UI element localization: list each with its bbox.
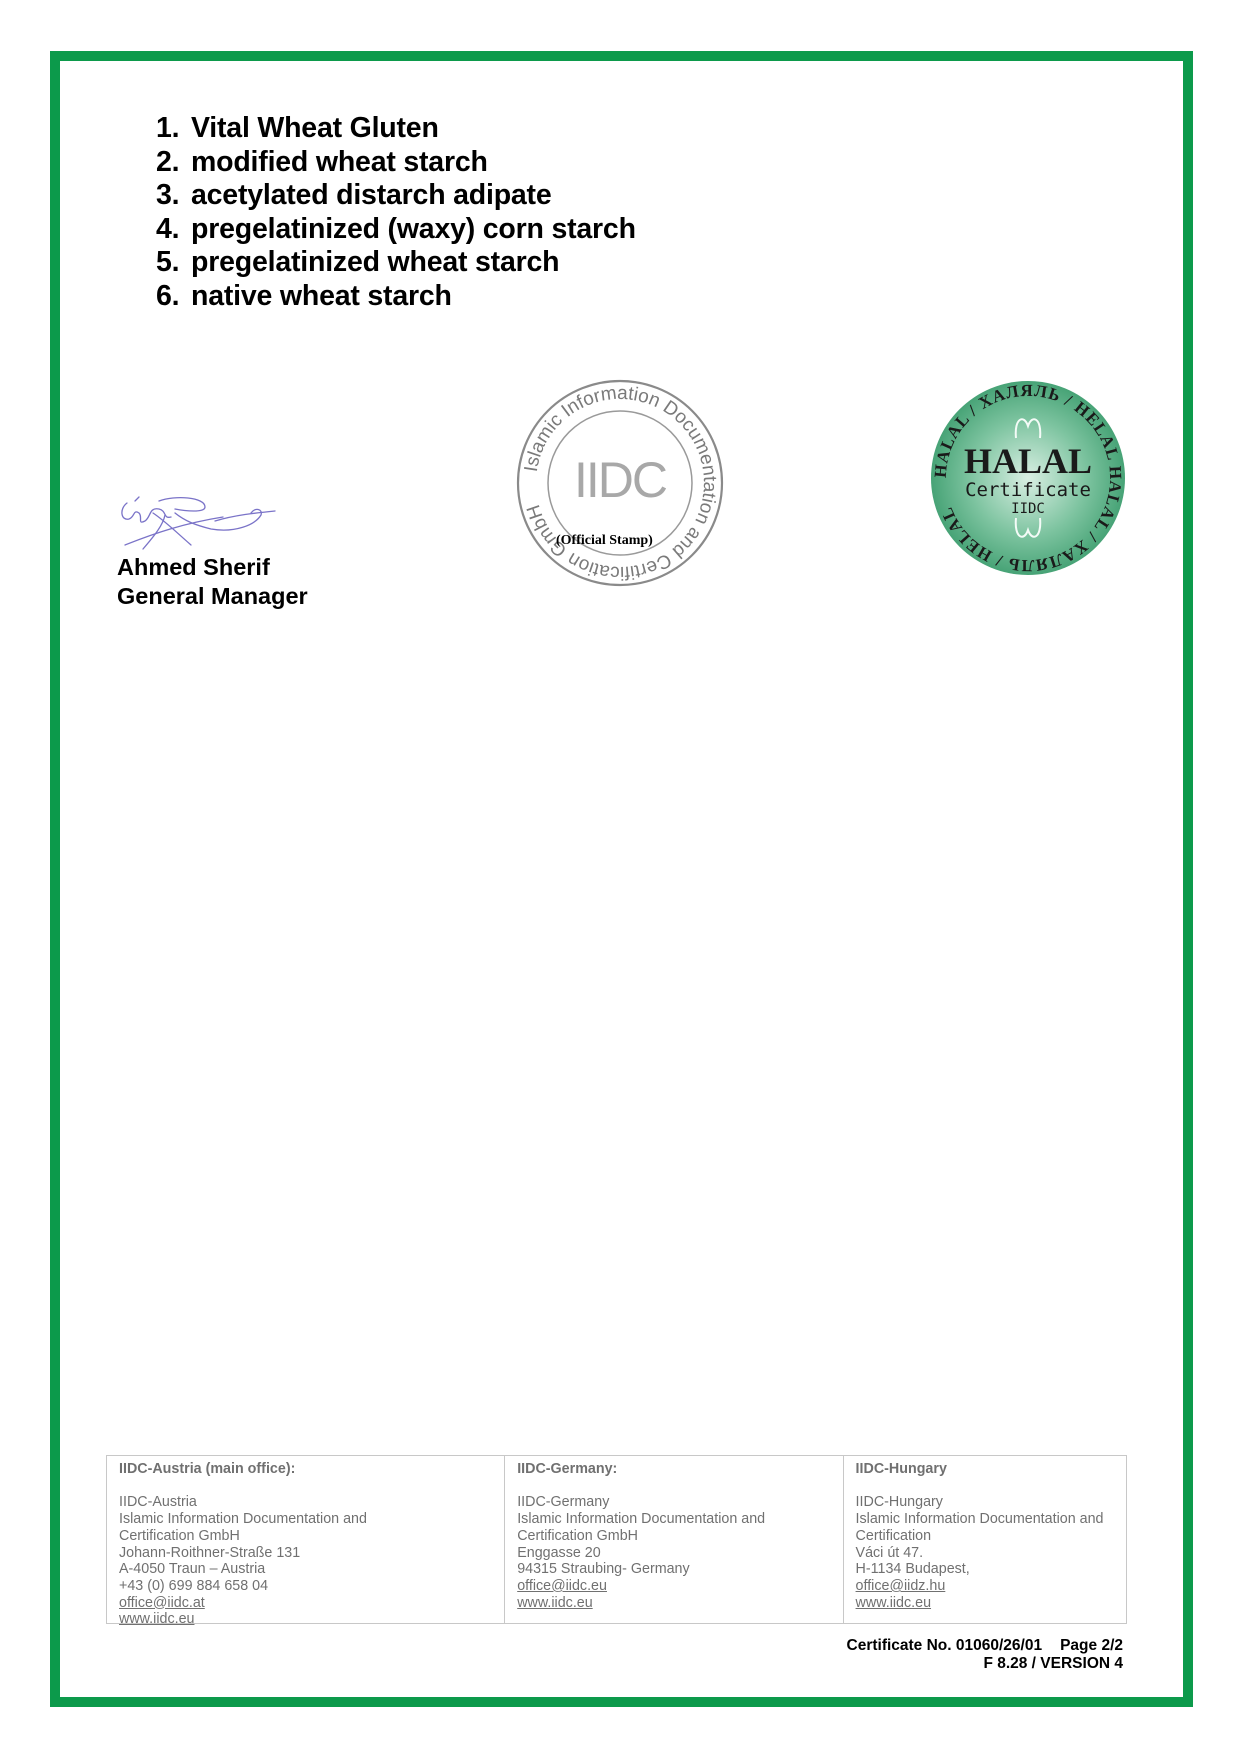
- item-text: native wheat starch: [191, 280, 452, 312]
- ingredient-item: 3.acetylated distarch adipate: [156, 179, 636, 213]
- office-contacts-table: IIDC-Austria (main office): IIDC-Austria…: [106, 1455, 1127, 1624]
- email-link[interactable]: office@iidz.hu: [856, 1578, 946, 1594]
- office-line: Islamic Information Documentation and: [119, 1511, 492, 1528]
- office-line: 94315 Straubing- Germany: [517, 1561, 830, 1578]
- office-line: Váci út 47.: [856, 1545, 1114, 1562]
- ingredient-item: 5.pregelatinized wheat starch: [156, 246, 636, 280]
- form-version: F 8.28 / VERSION 4: [847, 1655, 1124, 1673]
- ingredient-item: 1.Vital Wheat Gluten: [156, 112, 636, 146]
- office-hungary: IIDC-Hungary IIDC-Hungary Islamic Inform…: [843, 1456, 1126, 1623]
- item-text: pregelatinized wheat starch: [191, 246, 559, 278]
- item-text: Vital Wheat Gluten: [191, 112, 439, 144]
- item-number: 6.: [156, 280, 191, 314]
- office-header: IIDC-Hungary: [856, 1461, 1114, 1478]
- website-link[interactable]: www.iidc.eu: [119, 1611, 194, 1627]
- office-germany: IIDC-Germany: IIDC-Germany Islamic Infor…: [504, 1456, 842, 1623]
- svg-text:Certificate: Certificate: [965, 479, 1091, 501]
- svg-text:IIDC: IIDC: [574, 452, 667, 508]
- certificate-number: Certificate No. 01060/26/01: [847, 1637, 1043, 1654]
- item-text: acetylated distarch adipate: [191, 179, 552, 211]
- official-stamp-icon: Islamic Information Documentation and Ce…: [512, 375, 728, 591]
- item-number: 4.: [156, 213, 191, 247]
- office-line: Certification GmbH: [119, 1528, 492, 1545]
- office-line: IIDC-Hungary: [856, 1494, 1114, 1511]
- svg-text:HALAL: HALAL: [964, 441, 1092, 481]
- office-line: Enggasse 20: [517, 1545, 830, 1562]
- office-line: H-1134 Budapest,: [856, 1561, 1114, 1578]
- svg-text:IIDC: IIDC: [1011, 501, 1045, 517]
- document-footer: Certificate No. 01060/26/01Page 2/2 F 8.…: [847, 1637, 1124, 1673]
- office-header: IIDC-Germany:: [517, 1461, 830, 1478]
- ingredient-item: 4.pregelatinized (waxy) corn starch: [156, 213, 636, 247]
- office-line: IIDC-Germany: [517, 1494, 830, 1511]
- item-number: 1.: [156, 112, 191, 146]
- page-indicator: Page 2/2: [1060, 1637, 1123, 1654]
- item-number: 2.: [156, 146, 191, 180]
- office-line: Certification GmbH: [517, 1528, 830, 1545]
- signatory-name: Ahmed Sherif: [117, 553, 308, 582]
- signatory: Ahmed Sherif General Manager: [117, 553, 308, 611]
- item-text: pregelatinized (waxy) corn starch: [191, 213, 636, 245]
- email-link[interactable]: office@iidc.eu: [517, 1578, 607, 1594]
- official-stamp-label: (Official Stamp): [556, 533, 653, 549]
- office-austria: IIDC-Austria (main office): IIDC-Austria…: [107, 1456, 504, 1623]
- ingredient-item: 2.modified wheat starch: [156, 146, 636, 180]
- office-line: Islamic Information Documentation and: [517, 1511, 830, 1528]
- office-line: Islamic Information Documentation and: [856, 1511, 1114, 1528]
- office-line: IIDC-Austria: [119, 1494, 492, 1511]
- halal-certificate-badge-icon: HALAL / ХАЛЯЛЬ / HELAL HALAL / ХАЛЯЛЬ / …: [928, 378, 1128, 578]
- signatory-title: General Manager: [117, 582, 308, 611]
- item-text: modified wheat starch: [191, 146, 488, 178]
- item-number: 3.: [156, 179, 191, 213]
- office-line: Certification: [856, 1528, 1114, 1545]
- website-link[interactable]: www.iidc.eu: [856, 1595, 931, 1611]
- office-header: IIDC-Austria (main office):: [119, 1461, 492, 1478]
- office-line: +43 (0) 699 884 658 04: [119, 1578, 492, 1595]
- website-link[interactable]: www.iidc.eu: [517, 1595, 592, 1611]
- item-number: 5.: [156, 246, 191, 280]
- office-line: Johann-Roithner-Straße 131: [119, 1545, 492, 1562]
- ingredient-list: 1.Vital Wheat Gluten 2.modified wheat st…: [156, 112, 636, 314]
- email-link[interactable]: office@iidc.at: [119, 1595, 205, 1611]
- ingredient-item: 6.native wheat starch: [156, 280, 636, 314]
- office-line: A-4050 Traun – Austria: [119, 1561, 492, 1578]
